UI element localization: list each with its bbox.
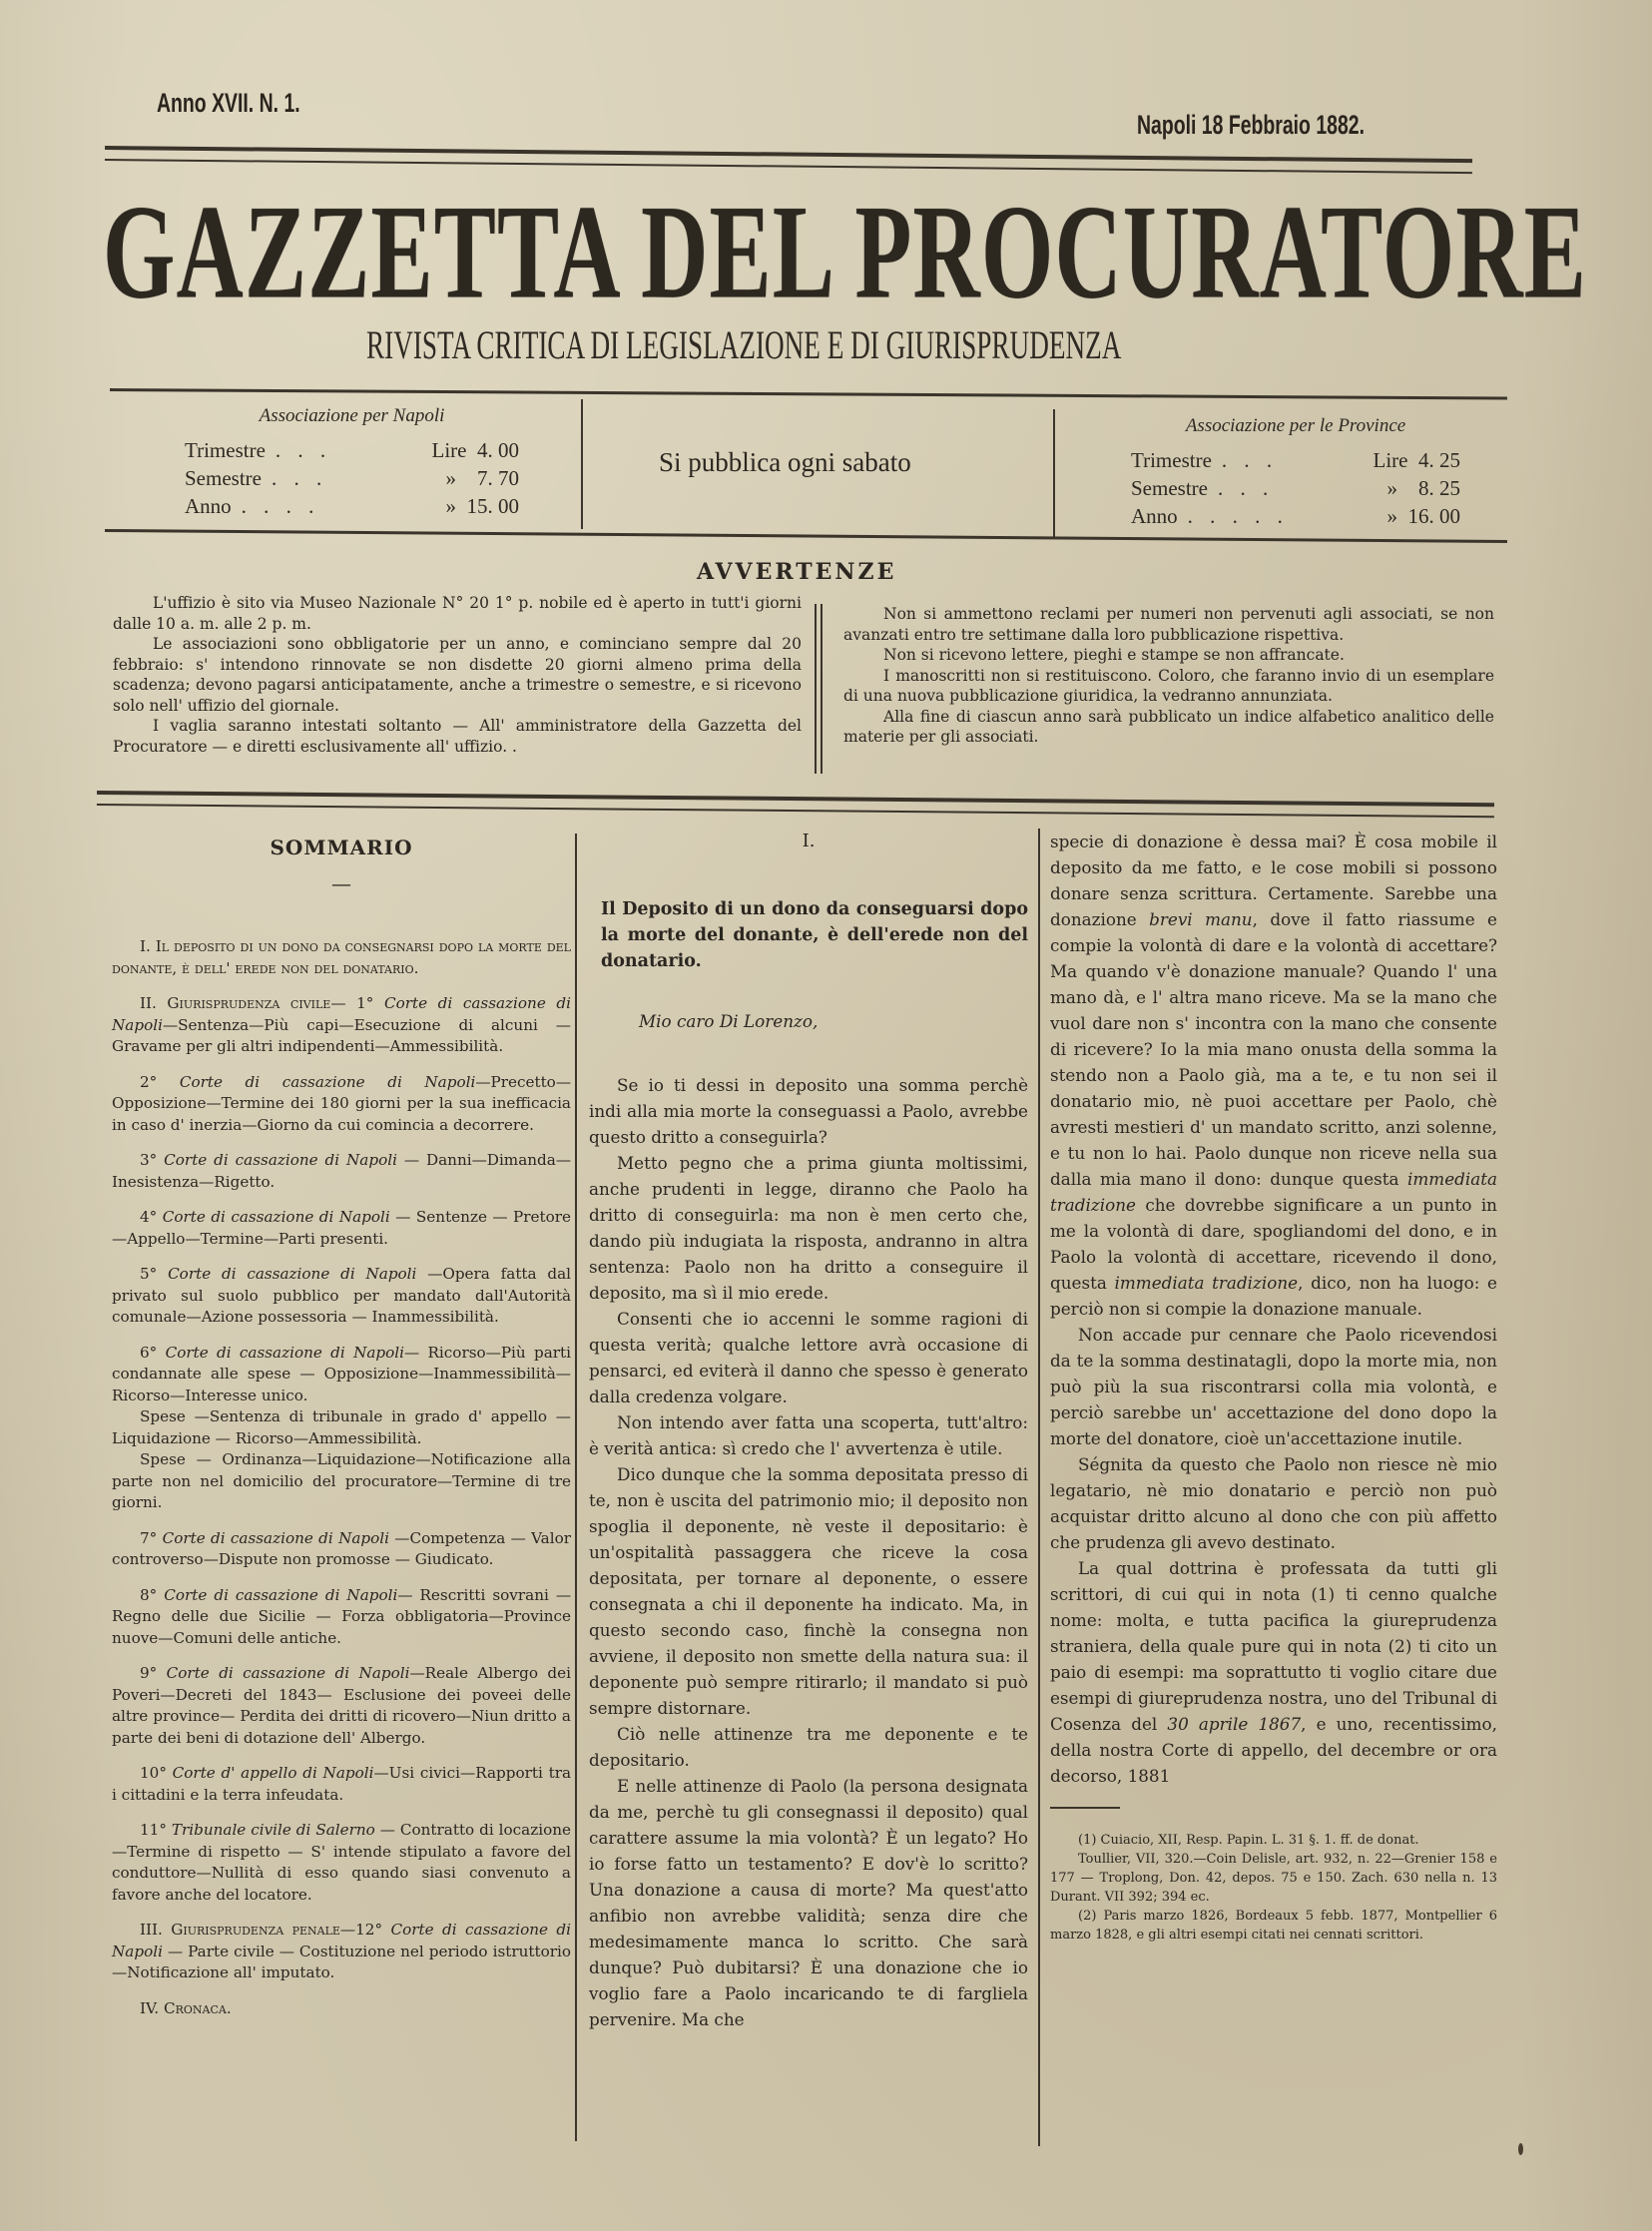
dot-leader: . . . <box>1208 474 1341 502</box>
article-paragraph: Consenti che io accenni le somme ragioni… <box>589 1306 1028 1409</box>
notice-paragraph: Alla fine di ciascun anno sarà pubblicat… <box>843 707 1494 748</box>
item-lead: 7° <box>140 1529 157 1547</box>
price-row: Semestre . . . » 7. 70 <box>185 464 519 492</box>
newspaper-subtitle: RIVISTA CRITICA DI LEGISLAZIONE E DI GIU… <box>366 324 1121 366</box>
place-date: Napoli 18 Febbraio 1882. <box>1137 110 1365 141</box>
dot-leader: . . . <box>1212 446 1341 474</box>
sommario-subitem: Spese — Ordinanza—Liquidazione—Notificaz… <box>112 1449 571 1514</box>
currency-unit: » <box>1387 476 1398 500</box>
price-row: Trimestre . . . Lire 4. 00 <box>185 436 519 464</box>
sommario-item: 6° Corte di cassazione di Napoli— Ricors… <box>112 1343 571 1407</box>
item-lead: II. Giurisprudenza civile— 1° <box>140 994 373 1012</box>
avvertenze-divider <box>815 604 823 774</box>
sommario-item: 4° Corte di cassazione di Napoli — Sente… <box>112 1207 571 1250</box>
item-lead: 3° <box>140 1151 157 1169</box>
issue-number: Anno XVII. N. 1. <box>157 88 300 119</box>
subscription-divider-left <box>581 399 583 529</box>
article-paragraph: La qual dottrina è professata da tutti g… <box>1050 1555 1497 1789</box>
price-value: 16. 00 <box>1408 504 1461 528</box>
court-name: Corte di cassazione di Napoli <box>180 1073 475 1091</box>
notice-paragraph: Le associazioni sono obbligatorie per un… <box>113 634 802 716</box>
italic-phrase: 30 aprile 1867 <box>1167 1714 1301 1734</box>
price-row: Trimestre . . . Lire 4. 25 <box>1131 446 1460 474</box>
notice-paragraph: I manoscritti non si restituiscono. Colo… <box>843 666 1494 707</box>
court-name: Tribunale civile di Salerno <box>172 1821 375 1839</box>
sommario-item: 7° Corte di cassazione di Napoli —Compet… <box>112 1528 571 1571</box>
article-paragraph: Metto pegno che a prima giunta moltissim… <box>589 1150 1028 1306</box>
price-value: 8. 25 <box>1418 476 1460 500</box>
court-name: Corte di cassazione di Napoli <box>168 1265 416 1283</box>
court-name: Corte d' appello di Napoli <box>173 1764 374 1782</box>
newspaper-title: GAZZETTA DEL PROCURATORE <box>103 185 969 319</box>
item-lead: 6° <box>140 1344 157 1362</box>
footnote: (1) Cuiacio, XII, Resp. Papin. L. 31 §. … <box>1050 1831 1497 1850</box>
article-number: I. <box>589 829 1028 854</box>
article-paragraph: Ségnita da questo che Paolo non riesce n… <box>1050 1451 1497 1555</box>
subscription-napoli: Associazione per Napoli Trimestre . . . … <box>185 402 519 520</box>
period-label: Anno <box>185 492 232 520</box>
period-label: Semestre <box>1131 474 1208 502</box>
period-label: Semestre <box>185 464 262 492</box>
court-name: Corte di cassazione di Napoli <box>163 1529 389 1547</box>
paper-speck <box>1518 2143 1523 2155</box>
article-column-3: specie di donazione è dessa mai? È cosa … <box>1050 829 1497 1945</box>
masthead-bottom-rule <box>110 388 1507 400</box>
notice-paragraph: I vaglia saranno intestati soltanto — Al… <box>113 716 802 757</box>
article-paragraph: Se io ti dessi in deposito una somma per… <box>589 1072 1028 1150</box>
item-lead: III. Giurisprudenza penale—12° <box>140 1921 382 1939</box>
subscription-province: Associazione per le Province Trimestre .… <box>1131 412 1460 530</box>
court-name: Corte di cassazione di Napoli <box>164 1151 397 1169</box>
notice-paragraph: L'uffizio è sito via Museo Nazionale N° … <box>113 593 802 634</box>
sommario-item: 9° Corte di cassazione di Napoli—Reale A… <box>112 1663 571 1749</box>
price-value: 4. 25 <box>1418 448 1460 472</box>
sommario-subitem: Spese —Sentenza di tribunale in grado d'… <box>112 1406 571 1449</box>
sommario-column: SOMMARIO — I. Il deposito di un dono da … <box>112 835 571 2033</box>
currency-unit: Lire <box>432 438 467 462</box>
footnote: (2) Paris marzo 1826, Bordeaux 5 febb. 1… <box>1050 1907 1497 1945</box>
price-value: 4. 00 <box>477 438 519 462</box>
court-name: Corte di cassazione di Napoli <box>166 1344 404 1362</box>
sommario-item: 10° Corte d' appello di Napoli—Usi civic… <box>112 1763 571 1806</box>
court-name: Corte di cassazione di Napoli <box>167 1664 410 1682</box>
item-lead: 4° <box>140 1208 157 1226</box>
sommario-item: 3° Corte di cassazione di Napoli — Danni… <box>112 1150 571 1193</box>
italic-phrase: immediata tradizione <box>1115 1273 1299 1293</box>
subscription-napoli-heading: Associazione per Napoli <box>185 402 519 430</box>
article-column-2: I. Il Deposito di un dono da conseguarsi… <box>589 829 1028 2032</box>
text-run: La qual dottrina è professata da tutti g… <box>1050 1558 1497 1734</box>
item-text: —Sentenza—Più capi—Esecuzione di alcuni … <box>112 1016 571 1056</box>
column-divider-2 <box>1038 829 1040 2146</box>
price-value: 15. 00 <box>467 494 520 518</box>
subscription-bottom-rule <box>105 529 1507 543</box>
item-lead: 8° <box>140 1586 157 1604</box>
footnote-rule <box>1050 1807 1120 1809</box>
sommario-item: 5° Corte di cassazione di Napoli —Opera … <box>112 1264 571 1329</box>
court-name: Corte di cassazione di Napoli <box>163 1208 390 1226</box>
subscription-province-heading: Associazione per le Province <box>1131 412 1460 440</box>
avvertenze-left: L'uffizio è sito via Museo Nazionale N° … <box>113 593 802 757</box>
currency-unit: » <box>1387 504 1398 528</box>
article-paragraph: E nelle attinenze di Paolo (la persona d… <box>589 1773 1028 2032</box>
period-label: Trimestre <box>185 436 266 464</box>
dot-leader: . . . <box>266 436 399 464</box>
item-lead: IV. Cronaca. <box>140 1999 232 2017</box>
notice-paragraph: Non si ammettono reclami per numeri non … <box>843 604 1494 645</box>
subscription-divider-right <box>1053 409 1055 537</box>
footnotes: (1) Cuiacio, XII, Resp. Papin. L. 31 §. … <box>1050 1831 1497 1945</box>
publication-schedule: Si pubblica ogni sabato <box>659 447 911 478</box>
article-salutation: Mio caro Di Lorenzo, <box>589 1008 1028 1034</box>
item-lead: 9° <box>140 1664 157 1682</box>
currency-unit: » <box>446 466 457 490</box>
dot-leader: . . . . . <box>1178 502 1341 530</box>
currency-unit: » <box>446 494 457 518</box>
price-row: Semestre . . . » 8. 25 <box>1131 474 1460 502</box>
court-name: Corte di cassazione di Napoli <box>164 1586 397 1604</box>
italic-phrase: brevi manu <box>1149 909 1252 929</box>
article-paragraph: Non accade pur cennare che Paolo riceven… <box>1050 1322 1497 1451</box>
article-paragraph: Ciò nelle attinenze tra me deponente e t… <box>589 1721 1028 1773</box>
dot-leader: . . . . <box>232 492 399 520</box>
notice-paragraph: Non si ricevono lettere, pieghi e stampe… <box>843 645 1494 666</box>
article-paragraph: Non intendo aver fatta una scoperta, tut… <box>589 1409 1028 1461</box>
price-row: Anno . . . . » 15. 00 <box>185 492 519 520</box>
price-row: Anno . . . . . » 16. 00 <box>1131 502 1460 530</box>
column-divider-1 <box>575 834 577 2141</box>
currency-unit: Lire <box>1374 448 1408 472</box>
item-lead: 11° <box>140 1821 167 1839</box>
text-run: , dove il fatto riassume e compie la vol… <box>1050 909 1497 1189</box>
price-value: 7. 70 <box>477 466 519 490</box>
dot-leader: . . . <box>262 464 399 492</box>
item-lead: 10° <box>140 1764 167 1782</box>
avvertenze-title: AVVERTENZE <box>697 559 896 585</box>
item-text: — Parte civile — Costituzione nel period… <box>112 1943 571 1982</box>
item-lead: 2° <box>140 1073 157 1091</box>
period-label: Anno <box>1131 502 1178 530</box>
article-title: Il Deposito di un dono da conseguarsi do… <box>589 896 1028 974</box>
avvertenze-bottom-rule <box>97 791 1494 818</box>
sommario-item: 11° Tribunale civile di Salerno — Contra… <box>112 1820 571 1906</box>
item-lead: I. Il deposito di un dono da consegnarsi… <box>112 937 571 977</box>
masthead-top-rule <box>105 146 1472 174</box>
article-paragraph: Dico dunque che la somma depositata pres… <box>589 1461 1028 1721</box>
sommario-item: 2° Corte di cassazione di Napoli—Precett… <box>112 1072 571 1137</box>
sommario-item: 8° Corte di cassazione di Napoli— Rescri… <box>112 1585 571 1650</box>
period-label: Trimestre <box>1131 446 1212 474</box>
sommario-item: II. Giurisprudenza civile— 1° Corte di c… <box>112 993 571 1058</box>
sommario-title: SOMMARIO <box>112 835 571 860</box>
sommario-dash: — <box>112 870 571 896</box>
article-paragraph: specie di donazione è dessa mai? È cosa … <box>1050 829 1497 1322</box>
sommario-item: IV. Cronaca. <box>112 1998 571 2020</box>
sommario-item: III. Giurisprudenza penale—12° Corte di … <box>112 1920 571 1984</box>
sommario-item: I. Il deposito di un dono da consegnarsi… <box>112 936 571 979</box>
avvertenze-right: Non si ammettono reclami per numeri non … <box>843 604 1494 748</box>
footnote: Toullier, VII, 320.—Coin Delisle, art. 9… <box>1050 1850 1497 1907</box>
item-lead: 5° <box>140 1265 157 1283</box>
